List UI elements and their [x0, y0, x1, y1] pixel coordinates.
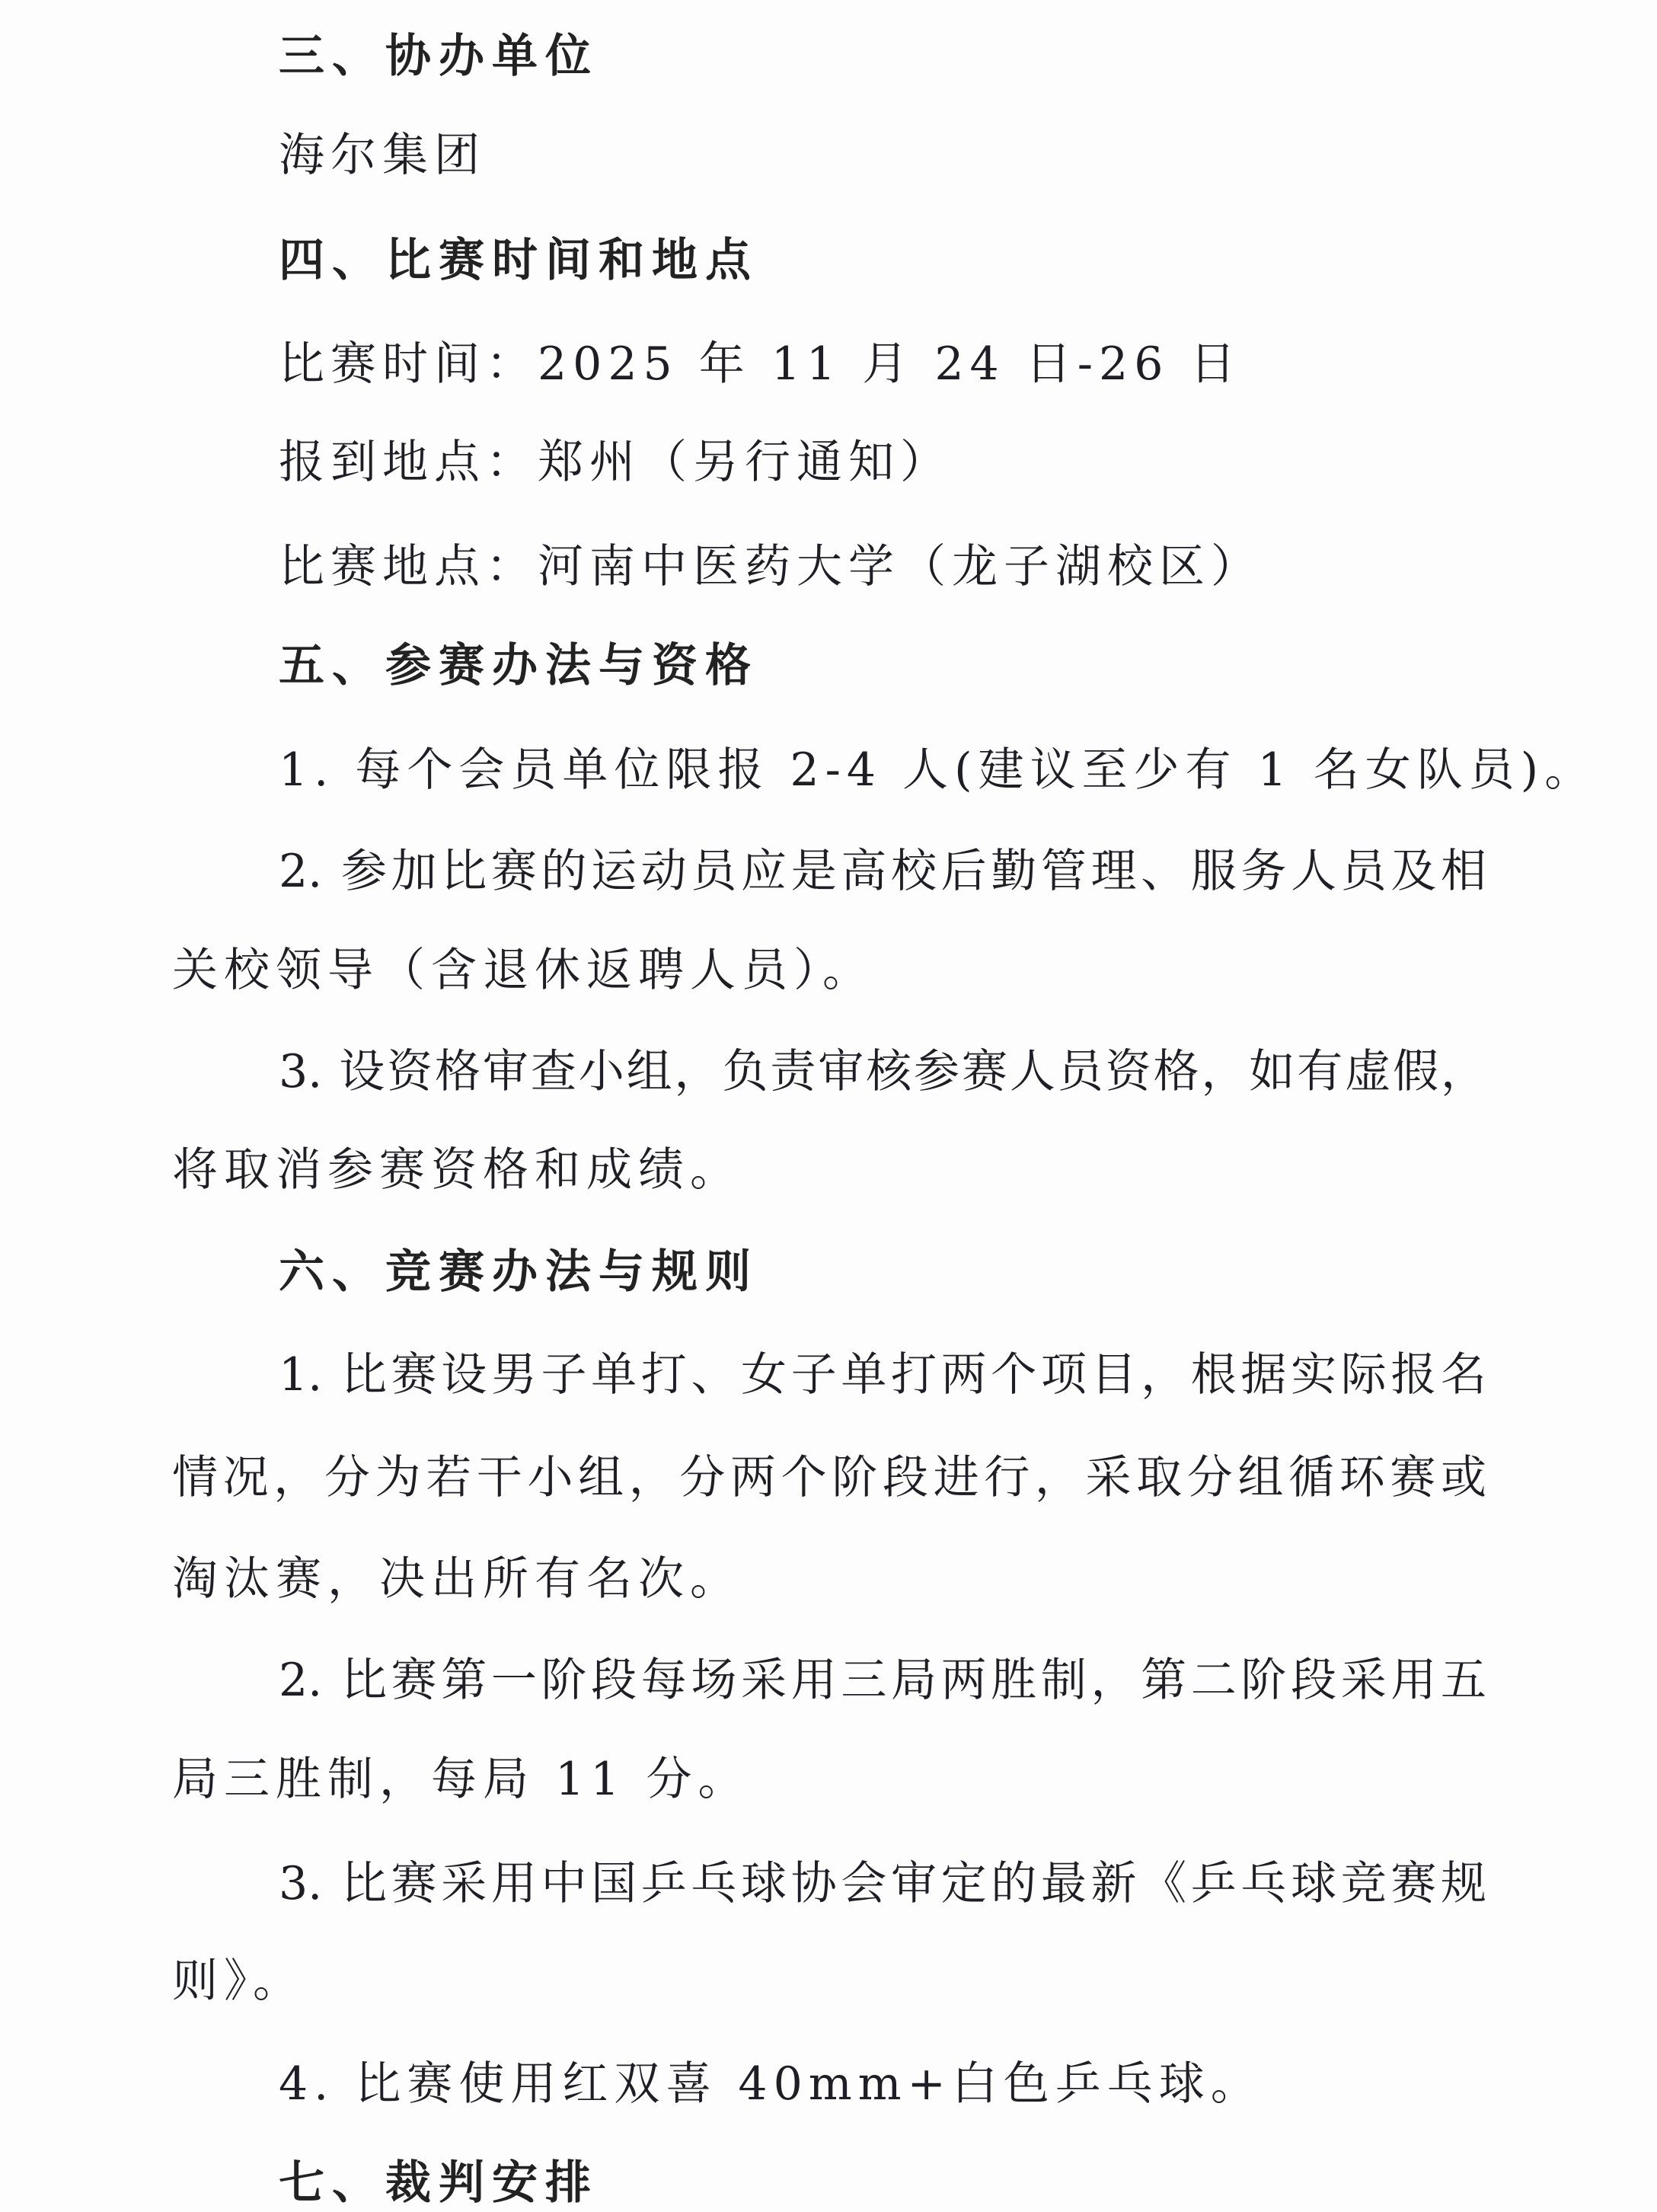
section-heading-3: 三、协办单位	[279, 26, 599, 87]
rule-6-3: 3. 比赛采用中国乒乓球协会审定的最新《乒乓球竞赛规	[279, 1853, 1486, 1914]
rule-6-1: 1. 比赛设男子单打、女子单打两个项目，根据实际报名	[279, 1344, 1486, 1405]
rule-6-1-cont2: 淘汰赛，决出所有名次。	[172, 1549, 742, 1609]
rule-5-2: 2. 参加比赛的运动员应是高校后勤管理、服务人员及相	[279, 841, 1486, 902]
competition-venue: 比赛地点：河南中医药大学（龙子湖校区）	[279, 536, 1263, 597]
registration-location: 报到地点：郑州（另行通知）	[279, 432, 952, 493]
rule-6-2: 2. 比赛第一阶段每场采用三局两胜制，第二阶段采用五	[279, 1650, 1486, 1711]
rule-6-1-cont: 情况，分为若干小组，分两个阶段进行，采取分组循环赛或	[172, 1447, 1486, 1508]
section-heading-5: 五、参赛办法与资格	[279, 635, 758, 696]
rule-6-3-cont: 则》。	[172, 1951, 305, 2012]
rule-5-1: 1. 每个会员单位限报 2-4 人(建议至少有 1 名女队员)。	[279, 740, 1596, 801]
rule-5-3: 3. 设资格审查小组，负责审核参赛人员资格，如有虚假，	[279, 1041, 1486, 1102]
co-organizer-text: 海尔集团	[279, 125, 486, 186]
rule-6-4: 4. 比赛使用红双喜 40mm+白色乒乓球。	[279, 2054, 1263, 2115]
competition-time: 比赛时间：2025 年 11 月 24 日-26 日	[279, 334, 1241, 395]
rule-5-2-cont: 关校领导（含退休返聘人员）。	[172, 940, 874, 1001]
rule-5-3-cont: 将取消参赛资格和成绩。	[172, 1140, 742, 1200]
section-heading-6: 六、竞赛办法与规则	[279, 1242, 758, 1303]
section-heading-4: 四、比赛时间和地点	[279, 230, 758, 291]
rule-6-2-cont: 局三胜制，每局 11 分。	[172, 1749, 750, 1810]
section-heading-7: 七、裁判安排	[279, 2153, 599, 2212]
